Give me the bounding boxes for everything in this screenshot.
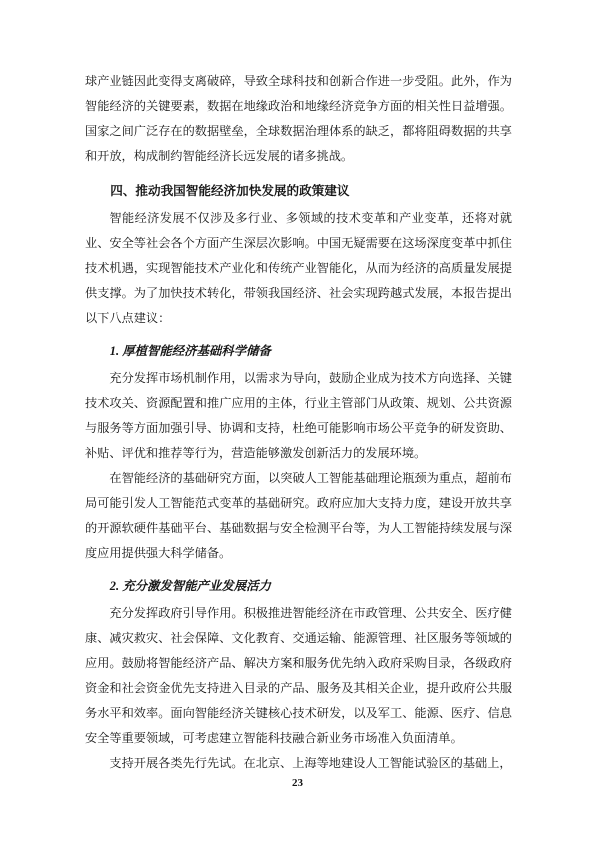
page-number: 23 [0,775,595,791]
section-heading: 四、推动我国智能经济加快发展的政策建议 [85,179,512,204]
page-body: 球产业链因此变得支离破碎，导致全球科技和创新合作进一步受阻。此外，作为智能经济的… [85,69,512,776]
sub-heading-1: 1. 厚植智能经济基础科学储备 [85,339,512,364]
paragraph-sub2-a: 充分发挥政府引导作用。积极推进智能经济在市政管理、公共安全、医疗健康、减灾救灾、… [85,601,512,751]
paragraph-continuation: 球产业链因此变得支离破碎，导致全球科技和创新合作进一步受阻。此外，作为智能经济的… [85,69,512,169]
paragraph-sub2-b: 支持开展各类先行先试。在北京、上海等地建设人工智能试验区的基础上， [85,751,512,776]
paragraph-sub1-a: 充分发挥市场机制作用，以需求为导向，鼓励企业成为技术方向选择、关键技术攻关、资源… [85,366,512,466]
sub-heading-2: 2. 充分激发智能产业发展活力 [85,574,512,599]
paragraph-intro: 智能经济发展不仅涉及多行业、多领域的技术变革和产业变革，还将对就业、安全等社会各… [85,206,512,331]
document-page: 球产业链因此变得支离破碎，导致全球科技和创新合作进一步受阻。此外，作为智能经济的… [0,0,595,841]
paragraph-sub1-b: 在智能经济的基础研究方面，以突破人工智能基础理论瓶颈为重点，超前布局可能引发人工… [85,466,512,566]
